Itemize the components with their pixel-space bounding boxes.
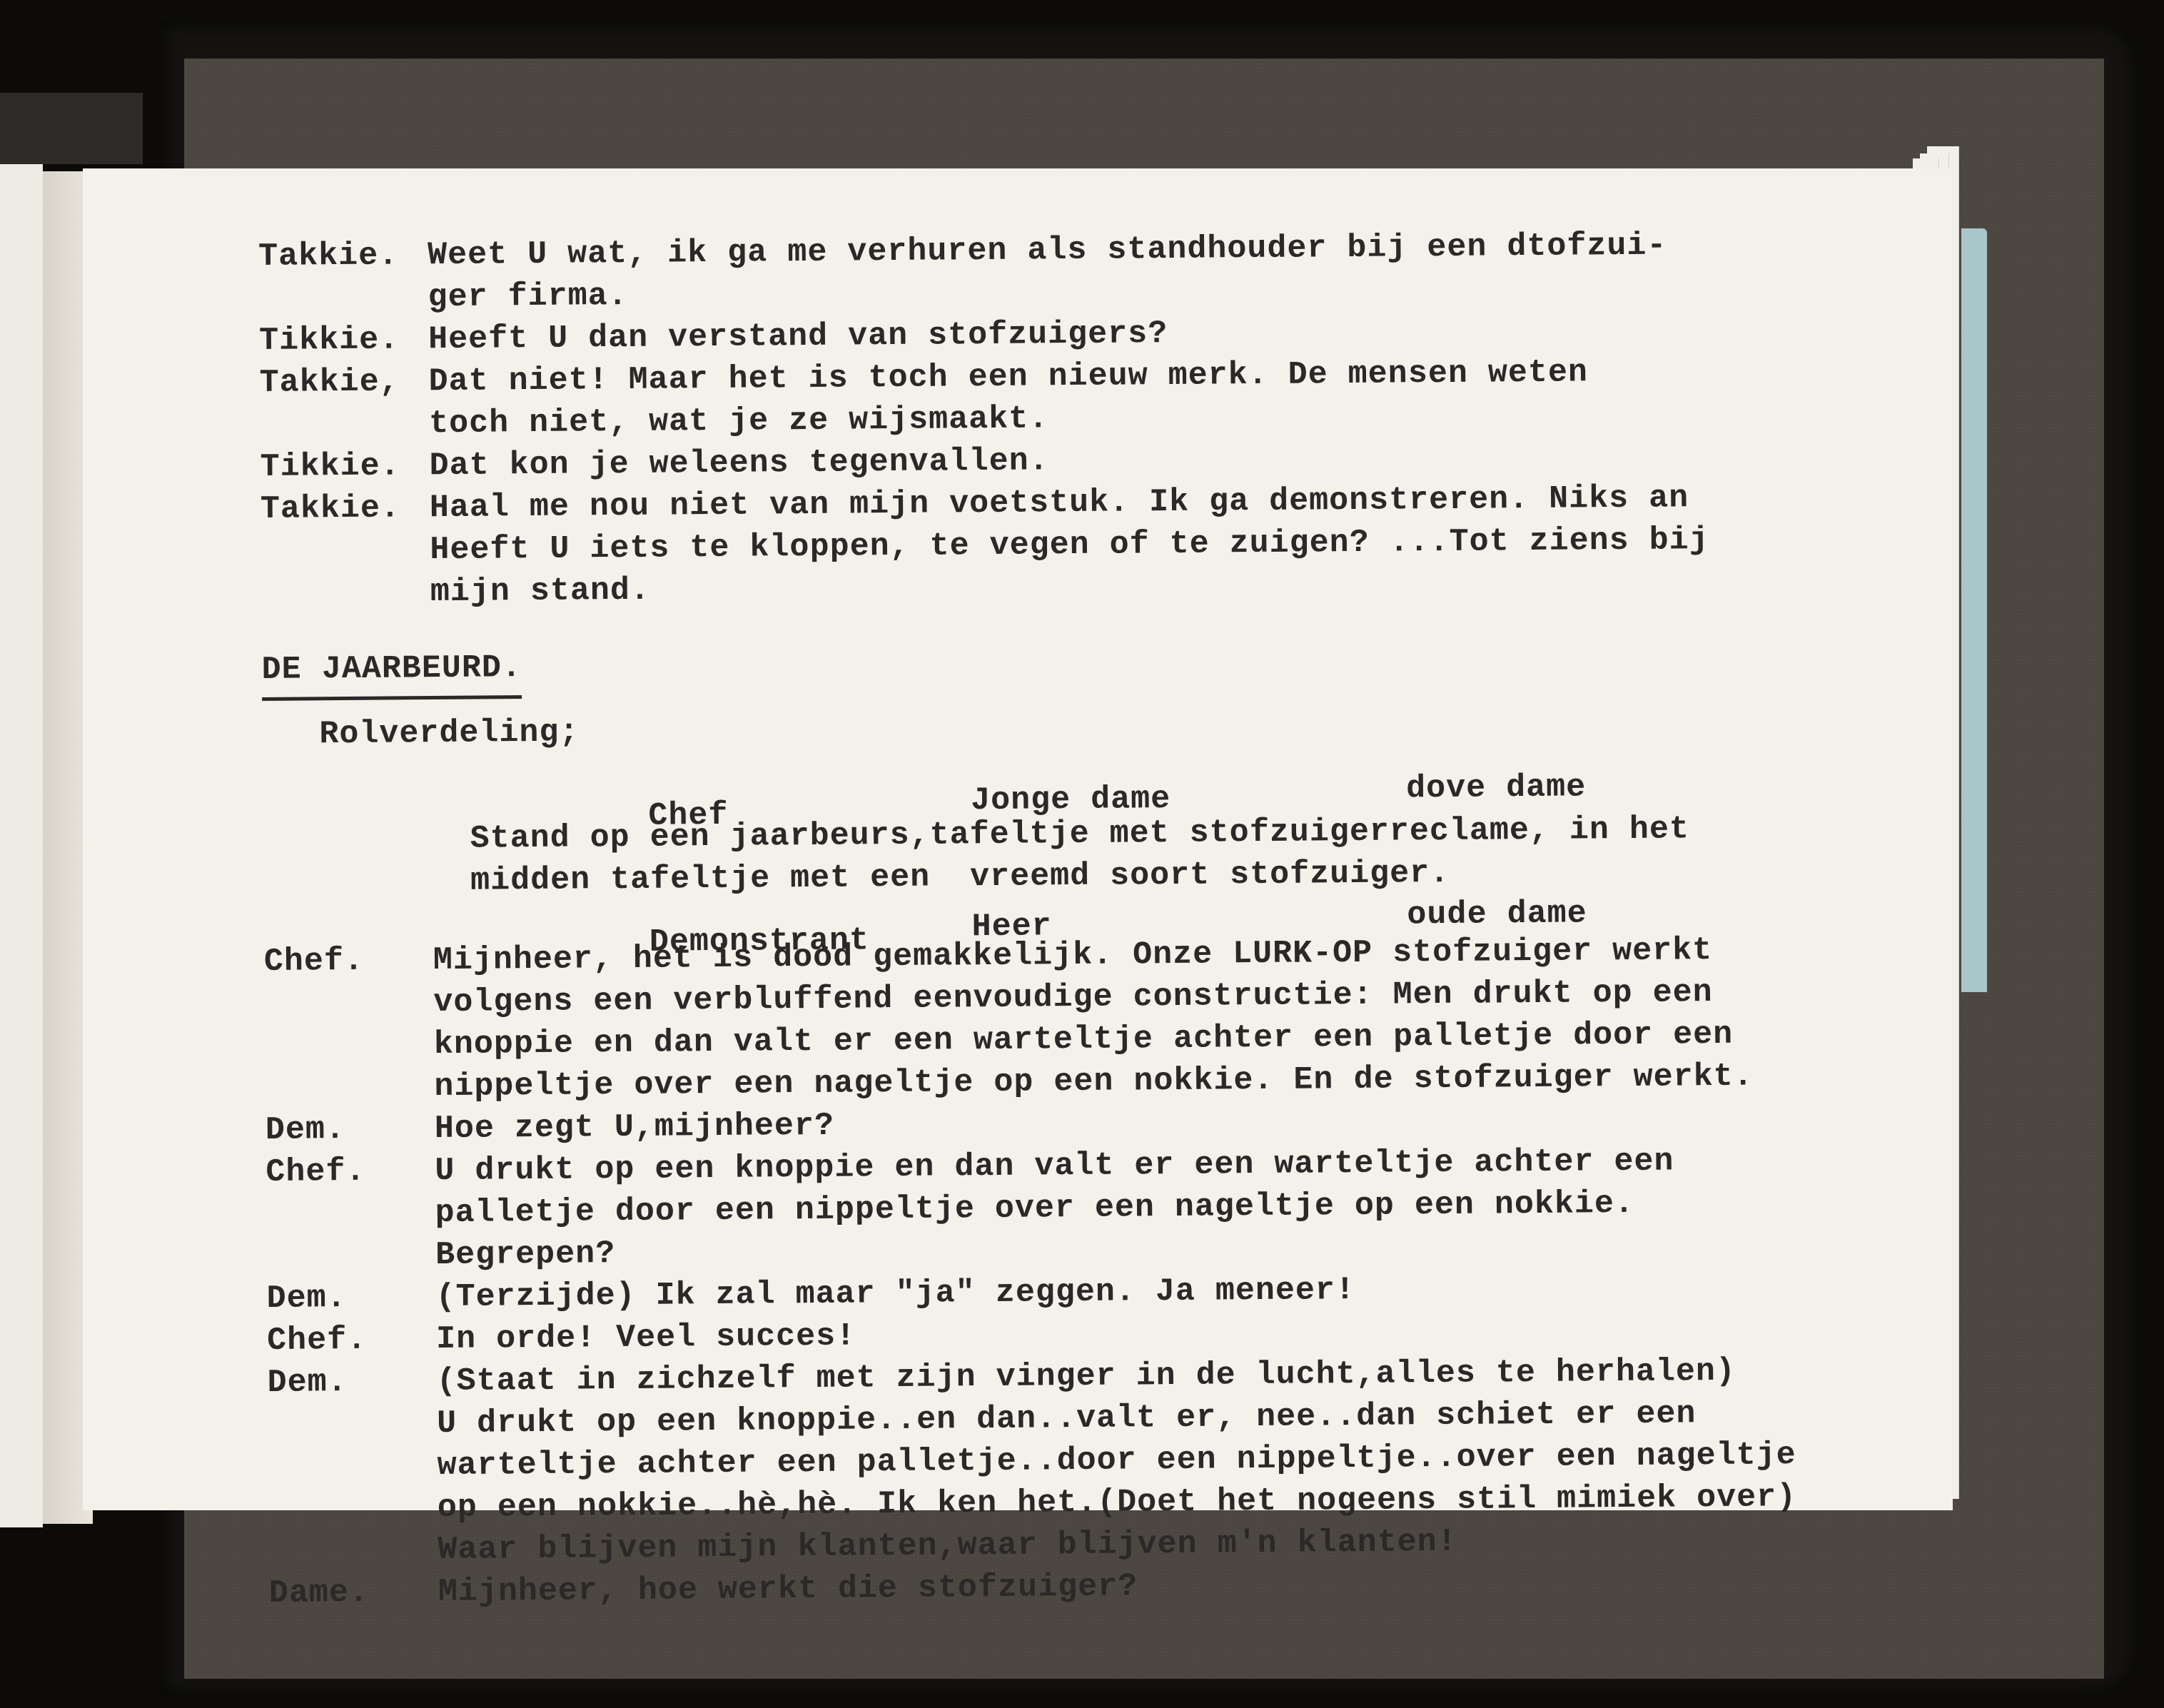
speaker: Dem. xyxy=(267,1360,436,1404)
speech: In orde! Veel succes! xyxy=(436,1315,856,1360)
speaker: Dem. xyxy=(266,1276,435,1320)
speaker: Chef. xyxy=(267,1318,436,1362)
speaker: Takkie, xyxy=(259,360,428,404)
speech: (Terzijde) Ik zal maar "ja" zeggen. Ja m… xyxy=(435,1269,1355,1318)
speaker: Tikkie. xyxy=(260,445,429,488)
speaker: Chef. xyxy=(266,1150,435,1193)
speaker: Dame. xyxy=(269,1571,438,1614)
speaker: Dem. xyxy=(266,1108,435,1151)
speech: Mijnheer, hoe werkt die stofzuiger? xyxy=(438,1565,1138,1613)
cast-role: dove dame xyxy=(1406,766,1587,809)
script-text: Takkie. Weet U wat, ik ga me verhuren al… xyxy=(258,223,1797,1614)
cast-column: Chef Demonstrant xyxy=(647,708,971,797)
section-title: DE JAARBEURD. xyxy=(262,647,522,701)
cast-list: Rolverdeling; Chef Demonstrant Jonge dam… xyxy=(262,702,1791,799)
blue-index-tab xyxy=(1961,228,1987,992)
speaker: Tikkie. xyxy=(259,318,428,362)
speaker: Takkie. xyxy=(261,487,430,530)
spine-edge xyxy=(0,93,143,164)
speech: Hoe zegt U,mijnheer? xyxy=(435,1105,835,1150)
left-page xyxy=(0,164,43,1527)
speech: Heeft U dan verstand van stofzuigers? xyxy=(428,313,1168,360)
cast-column: dove dame oude dame xyxy=(1405,682,1586,790)
speech: Dat kon je weleens tegenvallen. xyxy=(429,440,1049,487)
cast-column: Jonge dame Heer xyxy=(970,692,1406,794)
speaker: Takkie. xyxy=(258,234,428,278)
cast-role: oude dame xyxy=(1407,892,1587,936)
speaker: Chef. xyxy=(264,939,433,983)
cast-label: Rolverdeling; xyxy=(262,711,648,799)
